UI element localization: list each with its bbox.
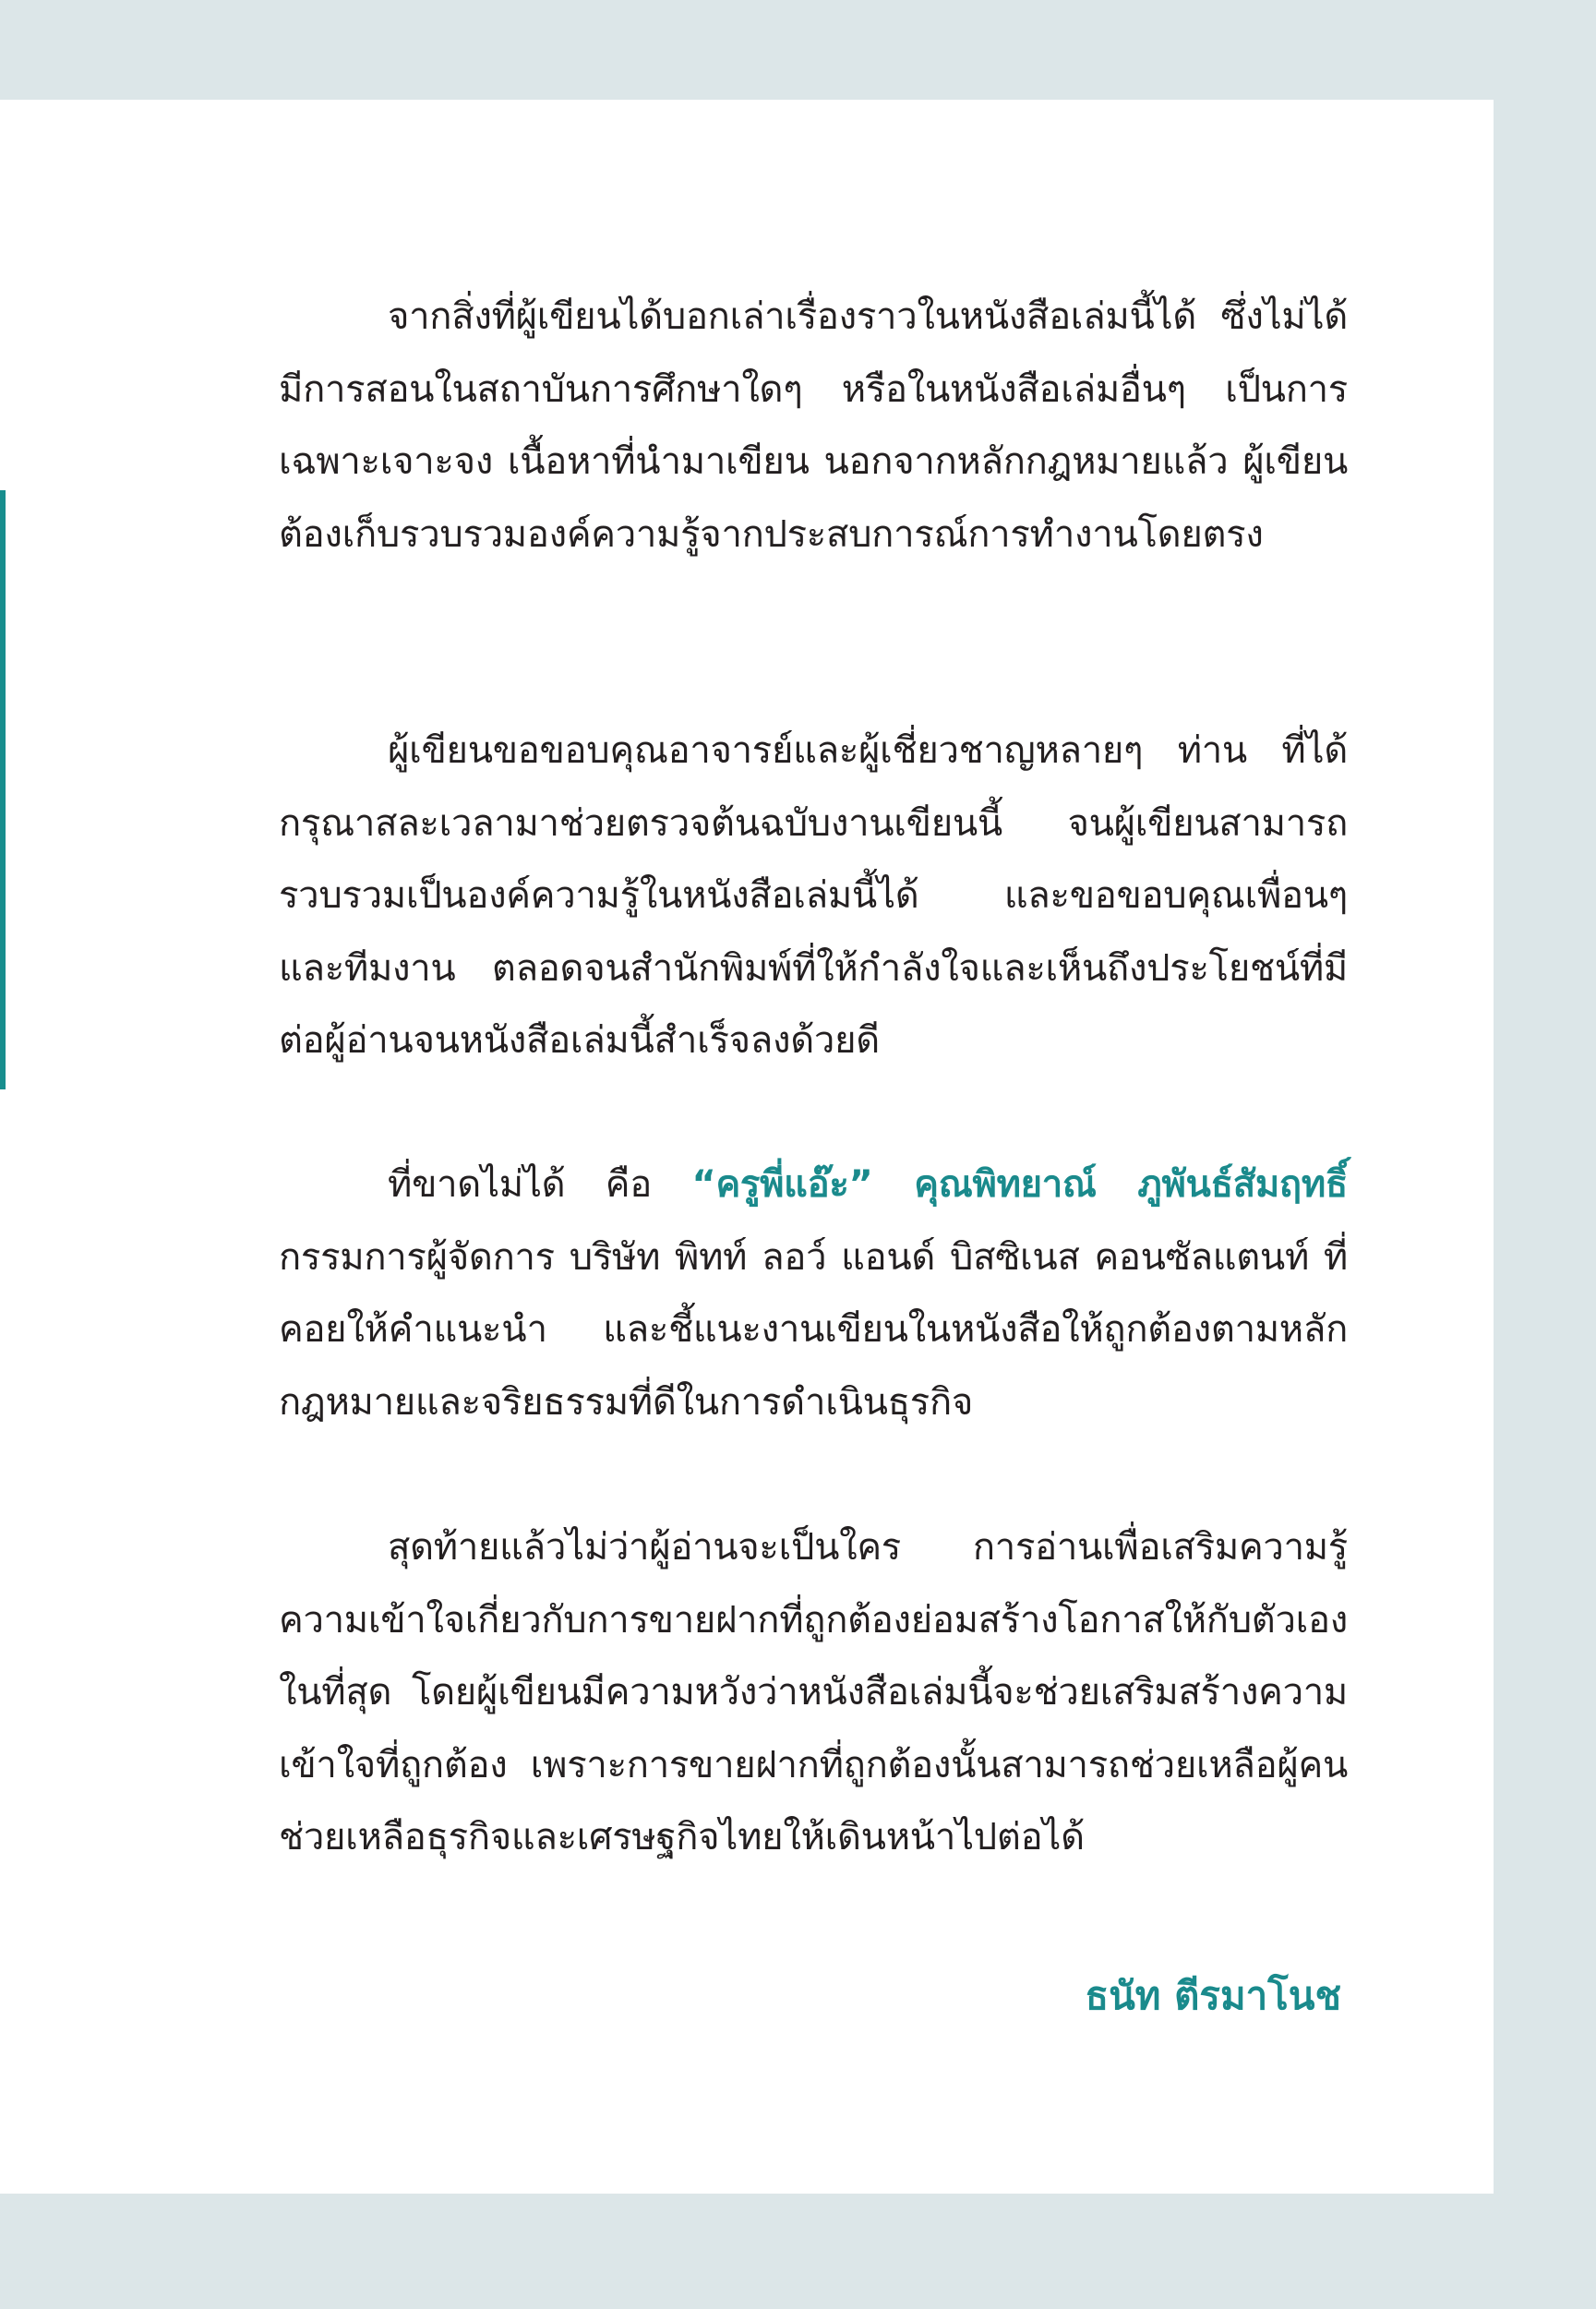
preface-paragraph-1: จากสิ่งที่ผู้เขียนได้บอกเล่าเรื่องราวในห… [279,281,1348,571]
preface-paragraph-3: ที่ขาดไม่ได้ คือ “ครูพี่แอ๊ะ” คุณพิทยาณ์… [279,1148,1348,1438]
document-page: จากสิ่งที่ผู้เขียนได้บอกเล่าเรื่องราวในห… [0,100,1494,2194]
paragraph-3-body: กรรมการผู้จัดการ บริษัท พิทท์ ลอว์ แอนด์… [279,1236,1348,1424]
paragraph-3-intro: ที่ขาดไม่ได้ คือ [388,1163,691,1206]
preface-paragraph-4: สุดท้ายแล้วไม่ว่าผู้อ่านจะเป็นใคร การอ่า… [279,1511,1348,1874]
preface-paragraph-2: ผู้เขียนขอขอบคุณอาจารย์และผู้เชี่ยวชาญหล… [279,715,1348,1077]
highlighted-name: “ครูพี่แอ๊ะ” คุณพิทยาณ์ ภูพันธ์สัมฤทธิ์ [691,1163,1348,1206]
author-signature: ธนัท ตีรมาโนช [1085,1960,1341,2033]
accent-bar [0,490,6,1089]
